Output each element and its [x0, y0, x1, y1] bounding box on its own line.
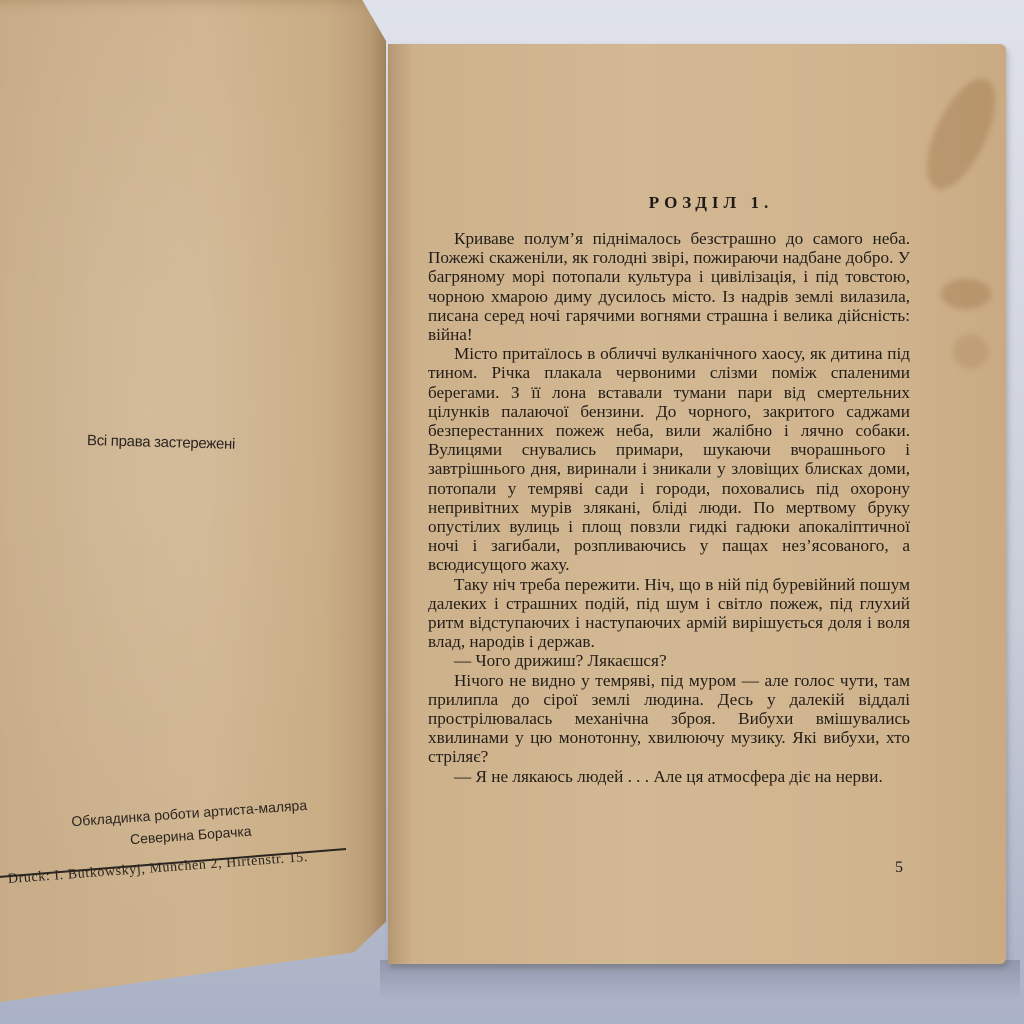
- paragraph: Місто притаїлось в обличчі вулканічного …: [428, 344, 910, 574]
- chapter-title: РОЗДІЛ 1.: [388, 193, 1006, 213]
- right-page: РОЗДІЛ 1. Криваве полум’я піднімалось бе…: [388, 44, 1006, 964]
- rights-notice: Всі права застережені: [87, 432, 236, 453]
- body-text: Криваве полум’я піднімалось безстрашно д…: [428, 229, 910, 786]
- book-shadow: [380, 960, 1020, 1000]
- paragraph: Криваве полум’я піднімалось безстрашно д…: [428, 229, 910, 344]
- stain-mark: [913, 69, 1009, 199]
- stain-mark: [953, 334, 988, 369]
- paragraph: Нічого не видно у темряві, під муром — а…: [428, 671, 910, 767]
- printer-imprint: Druck: I. Butkowskyj, München 2, Hirtens…: [7, 850, 308, 888]
- paragraph: — Я не лякаюсь людей . . . Але ця атмосф…: [428, 767, 910, 786]
- page-number: 5: [895, 859, 903, 877]
- cover-credit: Обкладинка роботи артиста-маляра Северин…: [49, 792, 331, 855]
- stain-mark: [941, 279, 991, 309]
- paragraph: — Чого дрижиш? Лякаєшся?: [428, 651, 910, 670]
- paragraph: Таку ніч треба пережити. Ніч, що в ній п…: [428, 575, 910, 652]
- left-page: Всі права застережені Обкладинка роботи …: [0, 0, 386, 1024]
